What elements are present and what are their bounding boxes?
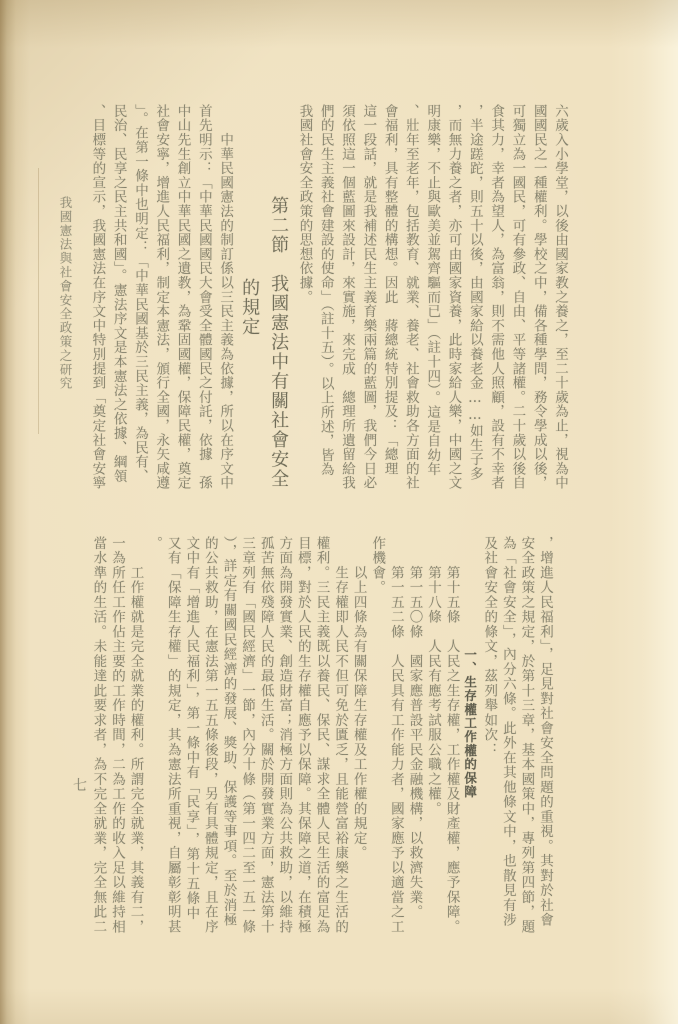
page-number: 七 [73,775,87,795]
upper-text-band: 六歲入小學堂，以後由國家教之養之，至二十歲為止，視為中 國國民之一種權利。學校之… [86,104,570,504]
section-heading-line-2: 的規定 [235,104,264,504]
section-opening-paragraph: 中華民國憲法的制訂係以三民主義為依據，所以在序文中 首先明示：「中華民國國民大會… [86,104,235,504]
articles-and-commentary: 第十五條 人民之生存權，工作權及財產權，應予保障。 第十八條 人民有應考試服公職… [89,536,461,940]
running-title: 我國憲法與社會安全政策之研究 [56,196,74,391]
section-heading-line-1: 第二節 我國憲法中有關社會安全 [264,104,293,504]
subsection-heading: 一、生存權工作權的保障 [461,536,480,940]
scanned-book-page: 我國憲法與社會安全政策之研究 六歲入小學堂，以後由國家教之養之，至二十歲為止，視… [0,0,678,1024]
quote-continuation-paragraph: 六歲入小學堂，以後由國家教之養之，至二十歲為止，視為中 國國民之一種權利。學校之… [293,104,570,504]
intro-paragraph: ，增進人民福利」，足見對社會安全問題的重視。其對於社會 安全政策之規定，於第十三… [480,536,554,940]
lower-text-band: ，增進人民福利」，足見對社會安全問題的重視。其對於社會 安全政策之規定，於第十三… [89,536,554,940]
margin-rule-line [38,168,39,434]
